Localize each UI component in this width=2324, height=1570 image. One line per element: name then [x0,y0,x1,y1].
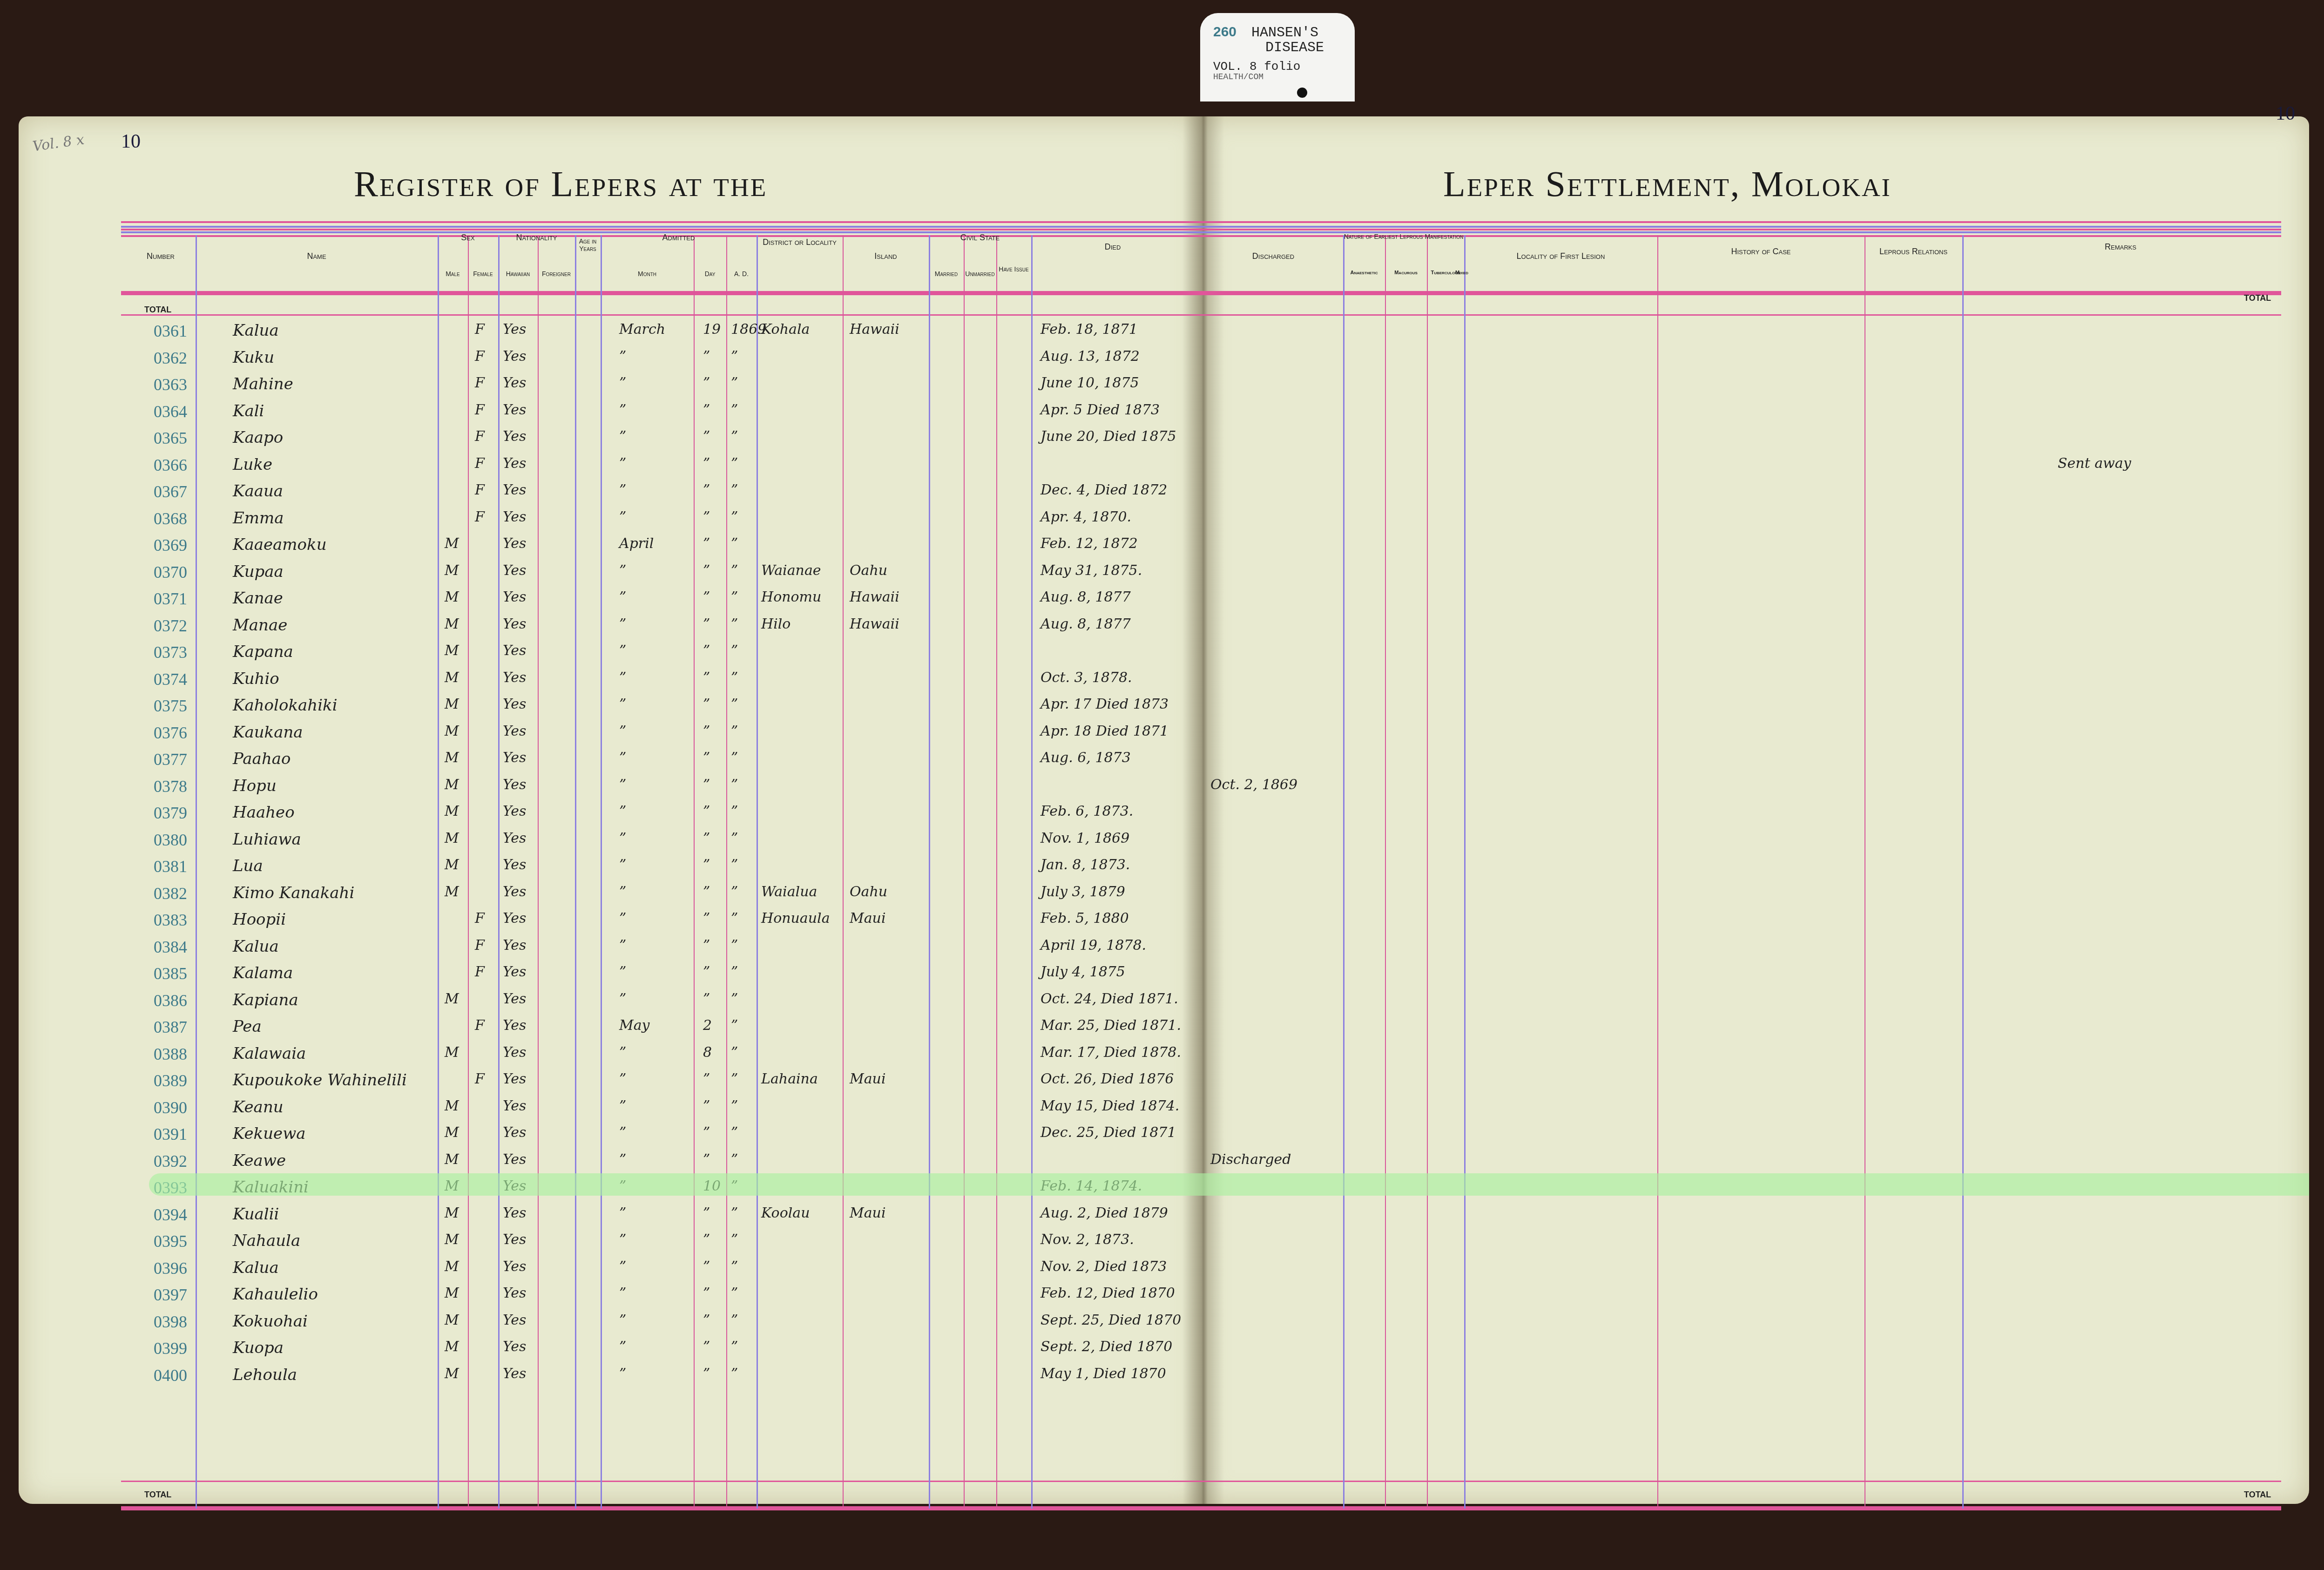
entry-sex: M [445,562,459,579]
entry-admitted-day: ” [703,482,710,498]
col-header-age: Age in Years [575,237,601,252]
entry-admitted-day: ” [703,696,710,712]
entry-died: Feb. 5, 1880 [1040,910,1129,927]
entry-name: Haaheo [233,803,295,822]
entry-admitted-year: ” [731,616,738,632]
entry-admitted-month: ” [619,723,626,739]
col-header-admitted: Admitted [601,233,757,243]
col-header-mixed: Mixed [1443,270,1480,276]
entry-admitted-year: ” [731,1339,738,1355]
entry-island: Hawaii [850,321,899,338]
entry-sex: M [445,1259,459,1275]
total-label-left: TOTAL [144,305,171,315]
entry-admitted-month: April [619,535,654,552]
entry-admitted-day: ” [703,1339,710,1355]
entry-admitted-day: ” [703,509,710,525]
entry-admitted-day: ” [703,402,710,418]
entry-hawaiian: Yes [503,910,526,927]
entry-name: Keawe [233,1151,286,1170]
entry-name: Kalua [233,937,279,956]
entry-number: 0379 [154,803,187,823]
entry-number: 0371 [154,589,187,609]
entry-hawaiian: Yes [503,375,526,391]
entry-admitted-day: ” [703,589,710,605]
entry-hawaiian: Yes [503,1151,526,1168]
archive-tag-line3: VOL. 8 folio [1213,60,1300,74]
col-header-civil_state: Civil State [929,233,1031,243]
entry-island: Maui [850,1071,886,1087]
column-rule [1031,235,1033,1509]
column-rule [1385,235,1386,1509]
entry-admitted-day: ” [703,884,710,900]
entry-name: Kahaulelio [233,1285,318,1304]
entry-admitted-month: ” [619,428,626,445]
column-rule [996,235,997,1509]
entry-admitted-day: ” [703,1071,710,1087]
entry-hawaiian: Yes [503,884,526,900]
entry-admitted-year: ” [731,1205,738,1221]
right-page: 10 Leper Settlement, Molokai [1201,116,2309,1504]
entry-admitted-year: ” [731,964,738,980]
entry-admitted-month: ” [619,830,626,846]
entry-admitted-month: ” [619,562,626,579]
total-label-bottom-left: TOTAL [144,1490,171,1500]
entry-number: 0389 [154,1071,187,1090]
entry-admitted-year: ” [731,1017,738,1034]
entry-number: 0374 [154,670,187,689]
entry-hawaiian: Yes [503,1044,526,1061]
entry-hawaiian: Yes [503,1339,526,1355]
entry-sex: M [445,1232,459,1248]
entry-hawaiian: Yes [503,1232,526,1248]
entry-number: 0388 [154,1044,187,1064]
footer-bottom-rule [121,1506,2281,1510]
entry-island: Hawaii [850,589,899,605]
entry-name: Kalua [233,1259,279,1277]
entry-died: Apr. 4, 1870. [1040,509,1131,525]
entry-district: Kohala [761,321,810,338]
entry-admitted-year: ” [731,402,738,418]
entry-admitted-year: ” [731,670,738,686]
entry-district: Hilo [761,616,790,632]
entry-sex: M [445,1205,459,1221]
entry-admitted-month: ” [619,348,626,365]
entry-admitted-day: ” [703,670,710,686]
entry-admitted-month: ” [619,1151,626,1168]
column-rule [1343,235,1344,1509]
entry-sex: F [475,428,485,445]
entry-died: Feb. 18, 1871 [1040,321,1138,338]
entry-name: Kalawaia [233,1044,306,1063]
entry-sex: F [475,1017,485,1034]
column-rule [1427,235,1428,1509]
entry-died: Oct. 3, 1878. [1040,670,1132,686]
entry-sex: M [445,884,459,900]
archive-tag-number: 260 [1213,24,1236,40]
entry-number: 0376 [154,723,187,743]
entry-sex: F [475,509,485,525]
col-header-unmarried: Unmarried [964,270,996,277]
col-header-sex: Sex [438,233,498,243]
col-header-district: District or Locality [757,237,843,247]
entry-admitted-day: ” [703,937,710,954]
entry-hawaiian: Yes [503,964,526,980]
entry-admitted-day: ” [703,857,710,873]
entry-number: 0391 [154,1124,187,1144]
entry-name: Kimo Kanakahi [233,884,354,902]
entry-admitted-year: ” [731,1312,738,1328]
entry-name: Kokuohai [233,1312,308,1331]
entry-number: 0369 [154,535,187,555]
entry-admitted-day: ” [703,375,710,391]
column-rule [726,235,727,1509]
col-header-name: Name [196,251,438,261]
entry-sex: M [445,1151,459,1168]
entry-admitted-year: ” [731,375,738,391]
entry-admitted-month: March [619,321,665,338]
entry-hawaiian: Yes [503,1366,526,1382]
entry-name: Luke [233,455,272,474]
column-rule [468,235,469,1509]
entry-sex: M [445,750,459,766]
entry-district: Honuaula [761,910,830,927]
column-rule [438,235,439,1509]
column-rule [601,235,602,1509]
entry-sex: F [475,964,485,980]
col-header-macurous: Macurous [1385,270,1427,276]
col-header-have_issue: Have Issue [996,265,1031,273]
archive-tag-line1: HANSEN'S [1251,25,1318,41]
entry-died: Nov. 2, 1873. [1040,1232,1134,1248]
archive-tag-line4: HEALTH/COM [1213,73,1263,82]
archive-tag-line2: DISEASE [1265,40,1324,56]
entry-died: Oct. 26, Died 1876 [1040,1071,1174,1087]
entry-name: Keanu [233,1098,284,1117]
entry-hawaiian: Yes [503,348,526,365]
entry-sex: M [445,1339,459,1355]
entry-name: Kaaua [233,482,283,501]
entry-name: Kaaeamoku [233,535,327,554]
entry-died: Dec. 4, Died 1872 [1040,482,1167,498]
entry-admitted-month: ” [619,1366,626,1382]
entry-sex: F [475,937,485,954]
entry-sex: M [445,857,459,873]
entry-sex: M [445,830,459,846]
entry-admitted-day: ” [703,1312,710,1328]
header-rule [121,221,2281,223]
entry-admitted-day: 19 [703,321,721,338]
entry-admitted-year: ” [731,1366,738,1382]
column-rule [498,235,500,1509]
entry-admitted-day: ” [703,428,710,445]
entry-sex: M [445,723,459,739]
entry-died: Mar. 17, Died 1878. [1040,1044,1181,1061]
entry-sex: M [445,991,459,1007]
entry-admitted-year: ” [731,1259,738,1275]
entry-name: Paahao [233,750,291,768]
entry-admitted-day: ” [703,964,710,980]
entry-admitted-day: 8 [703,1044,712,1061]
col-header-day: Day [694,270,726,277]
entry-sex: M [445,777,459,793]
entry-died: Nov. 1, 1869 [1040,830,1129,846]
page-number-left: 10 [121,130,141,153]
entry-number: 0397 [154,1285,187,1305]
col-header-relations: Leprous Relations [1865,247,1962,257]
entry-sex: M [445,1366,459,1382]
entry-number: 0366 [154,455,187,475]
entry-admitted-day: ” [703,1285,710,1301]
entry-sex: M [445,1098,459,1114]
total-label-bottom-right: TOTAL [2244,1490,2271,1500]
entry-number: 0382 [154,884,187,903]
entry-island: Oahu [850,562,887,579]
entry-admitted-year: ” [731,991,738,1007]
entry-hawaiian: Yes [503,1098,526,1114]
column-rule [757,235,758,1509]
entry-name: Kali [233,402,264,420]
entry-sex: F [475,455,485,472]
col-header-hawaiian: Hawaiian [498,270,538,277]
entry-admitted-month: ” [619,696,626,712]
entry-admitted-month: May [619,1017,650,1034]
entry-admitted-day: ” [703,1232,710,1248]
entry-number: 0373 [154,643,187,662]
entry-name: Kualii [233,1205,279,1224]
entry-island: Maui [850,910,886,927]
column-rule [929,235,930,1509]
entry-name: Manae [233,616,287,635]
entry-name: Kalua [233,321,279,340]
open-ledger: Vol. 8 x 10 Register of Lepers at the 10… [19,116,2309,1509]
col-header-history: History of Case [1657,247,1865,257]
entry-admitted-day: ” [703,1151,710,1168]
entry-name: Lua [233,857,263,875]
entry-admitted-day: ” [703,348,710,365]
entry-admitted-year: ” [731,455,738,472]
entry-sex: F [475,321,485,338]
entry-island: Oahu [850,884,887,900]
entry-admitted-month: ” [619,482,626,498]
entry-admitted-day: ” [703,1259,710,1275]
entry-admitted-day: 2 [703,1017,712,1034]
entry-hawaiian: Yes [503,670,526,686]
entry-hawaiian: Yes [503,455,526,472]
entry-admitted-year: ” [731,830,738,846]
entry-hawaiian: Yes [503,1205,526,1221]
entry-admitted-year: ” [731,1285,738,1301]
entry-admitted-month: ” [619,1312,626,1328]
entry-sex: M [445,616,459,632]
entry-admitted-month: ” [619,910,626,927]
entry-sex: F [475,375,485,391]
column-rule [575,235,576,1509]
entry-admitted-day: ” [703,455,710,472]
entry-admitted-month: ” [619,884,626,900]
row-highlight[interactable] [149,1173,2309,1196]
entry-admitted-month: ” [619,616,626,632]
entry-died: July 4, 1875 [1040,964,1125,980]
entry-hawaiian: Yes [503,616,526,632]
entry-died: Aug. 8, 1877 [1040,589,1131,605]
entry-admitted-day: ” [703,777,710,793]
entry-admitted-month: ” [619,1339,626,1355]
book-gutter [1182,116,1224,1504]
entry-name: Hoopii [233,910,286,929]
column-rule [1464,235,1466,1509]
entry-hawaiian: Yes [503,1124,526,1141]
entry-died: May 15, Died 1874. [1040,1098,1179,1114]
entry-died: Jan. 8, 1873. [1040,857,1130,873]
entry-admitted-month: ” [619,589,626,605]
entry-admitted-year: ” [731,910,738,927]
entry-died: July 3, 1879 [1040,884,1125,900]
footer-rule [121,1481,2281,1482]
entry-name: Nahaula [233,1232,300,1250]
entry-sex: M [445,696,459,712]
col-header-island: Island [843,251,929,261]
entry-admitted-month: ” [619,857,626,873]
entry-number: 0372 [154,616,187,636]
entry-admitted-day: ” [703,643,710,659]
col-header-married: Married [929,270,964,277]
entry-hawaiian: Yes [503,402,526,418]
entry-admitted-day: ” [703,830,710,846]
entry-island: Hawaii [850,616,899,632]
col-header-discharged: Discharged [1203,251,1343,261]
entry-number: 0381 [154,857,187,876]
column-rule [1865,235,1865,1509]
punch-hole-icon [1297,88,1307,98]
entry-died: Aug. 13, 1872 [1040,348,1140,365]
entry-number: 0370 [154,562,187,582]
entry-number: 0386 [154,991,187,1010]
entry-hawaiian: Yes [503,1285,526,1301]
entry-admitted-month: ” [619,803,626,819]
entry-died: Sept. 2, Died 1870 [1040,1339,1172,1355]
entry-admitted-month: ” [619,643,626,659]
entry-number: 0390 [154,1098,187,1117]
entry-name: Kalama [233,964,293,982]
entry-admitted-year: ” [731,428,738,445]
entry-admitted-month: ” [619,777,626,793]
entry-hawaiian: Yes [503,589,526,605]
entry-admitted-year: ” [731,1044,738,1061]
entry-sex: M [445,1124,459,1141]
entry-died: Apr. 5 Died 1873 [1040,402,1160,418]
entry-hawaiian: Yes [503,509,526,525]
entry-died: Dec. 25, Died 1871 [1040,1124,1176,1141]
entry-hawaiian: Yes [503,1312,526,1328]
entry-island: Maui [850,1205,886,1221]
entry-admitted-month: ” [619,455,626,472]
entry-sex: M [445,589,459,605]
column-rule [1657,235,1658,1509]
entry-died: June 10, 1875 [1040,375,1139,391]
header-bottom-rule [121,291,2281,295]
entry-admitted-day: ” [703,803,710,819]
entry-admitted-month: ” [619,509,626,525]
entry-died: Feb. 12, Died 1870 [1040,1285,1175,1301]
entry-admitted-day: ” [703,910,710,927]
entry-died: June 20, Died 1875 [1040,428,1176,445]
entry-admitted-year: ” [731,857,738,873]
entry-sex: M [445,670,459,686]
entry-admitted-day: ” [703,750,710,766]
entry-admitted-year: ” [731,1071,738,1087]
entry-hawaiian: Yes [503,777,526,793]
entry-name: Kapana [233,643,293,661]
column-rule [196,235,197,1509]
entry-sex: F [475,1071,485,1087]
entry-hawaiian: Yes [503,482,526,498]
entry-number: 0380 [154,830,187,850]
entry-number: 0396 [154,1259,187,1278]
entry-admitted-year: ” [731,884,738,900]
entry-number: 0392 [154,1151,187,1171]
entry-hawaiian: Yes [503,937,526,954]
entry-district: Honomu [761,589,821,605]
entry-name: Pea [233,1017,262,1036]
entry-admitted-year: ” [731,1098,738,1114]
entry-number: 0395 [154,1232,187,1251]
entry-admitted-month: ” [619,937,626,954]
entry-name: Kekuewa [233,1124,306,1143]
entry-sex: M [445,1312,459,1328]
entry-discharged: Oct. 2, 1869 [1210,777,1297,793]
entry-died: May 31, 1875. [1040,562,1142,579]
entry-died: Oct. 24, Died 1871. [1040,991,1178,1007]
entry-remarks: Sent away [2058,455,2131,472]
header-rule [121,226,2281,228]
entry-number: 0377 [154,750,187,769]
entry-number: 0384 [154,937,187,957]
entry-sex: F [475,482,485,498]
entry-name: Hopu [233,777,277,795]
col-header-nature: Nature of Earliest Leprous Manifestation [1343,233,1464,240]
entry-sex: M [445,803,459,819]
column-rule [538,235,539,1509]
entry-admitted-year: ” [731,777,738,793]
col-header-number: Number [126,251,196,261]
entry-name: Kuopa [233,1339,284,1357]
entry-admitted-day: ” [703,535,710,552]
entry-number: 0387 [154,1017,187,1037]
entry-died: April 19, 1878. [1040,937,1146,954]
entry-admitted-day: ” [703,1205,710,1221]
entry-admitted-month: ” [619,750,626,766]
entry-name: Kupaa [233,562,284,581]
entry-number: 0363 [154,375,187,394]
col-header-ad: A. D. [726,270,757,277]
entry-admitted-month: ” [619,1285,626,1301]
entry-admitted-year: ” [731,562,738,579]
entry-name: Emma [233,509,284,528]
total-label-right: TOTAL [2244,293,2271,303]
entry-died: Nov. 2, Died 1873 [1040,1259,1167,1275]
entry-admitted-year: ” [731,1232,738,1248]
entry-admitted-day: ” [703,1124,710,1141]
entry-hawaiian: Yes [503,857,526,873]
entry-district: Waianae [761,562,821,579]
entry-name: Mahine [233,375,293,393]
entry-sex: F [475,348,485,365]
entry-admitted-month: ” [619,670,626,686]
entry-admitted-day: ” [703,562,710,579]
entry-admitted-year: ” [731,482,738,498]
entry-number: 0385 [154,964,187,983]
entry-name: Luhiawa [233,830,301,849]
